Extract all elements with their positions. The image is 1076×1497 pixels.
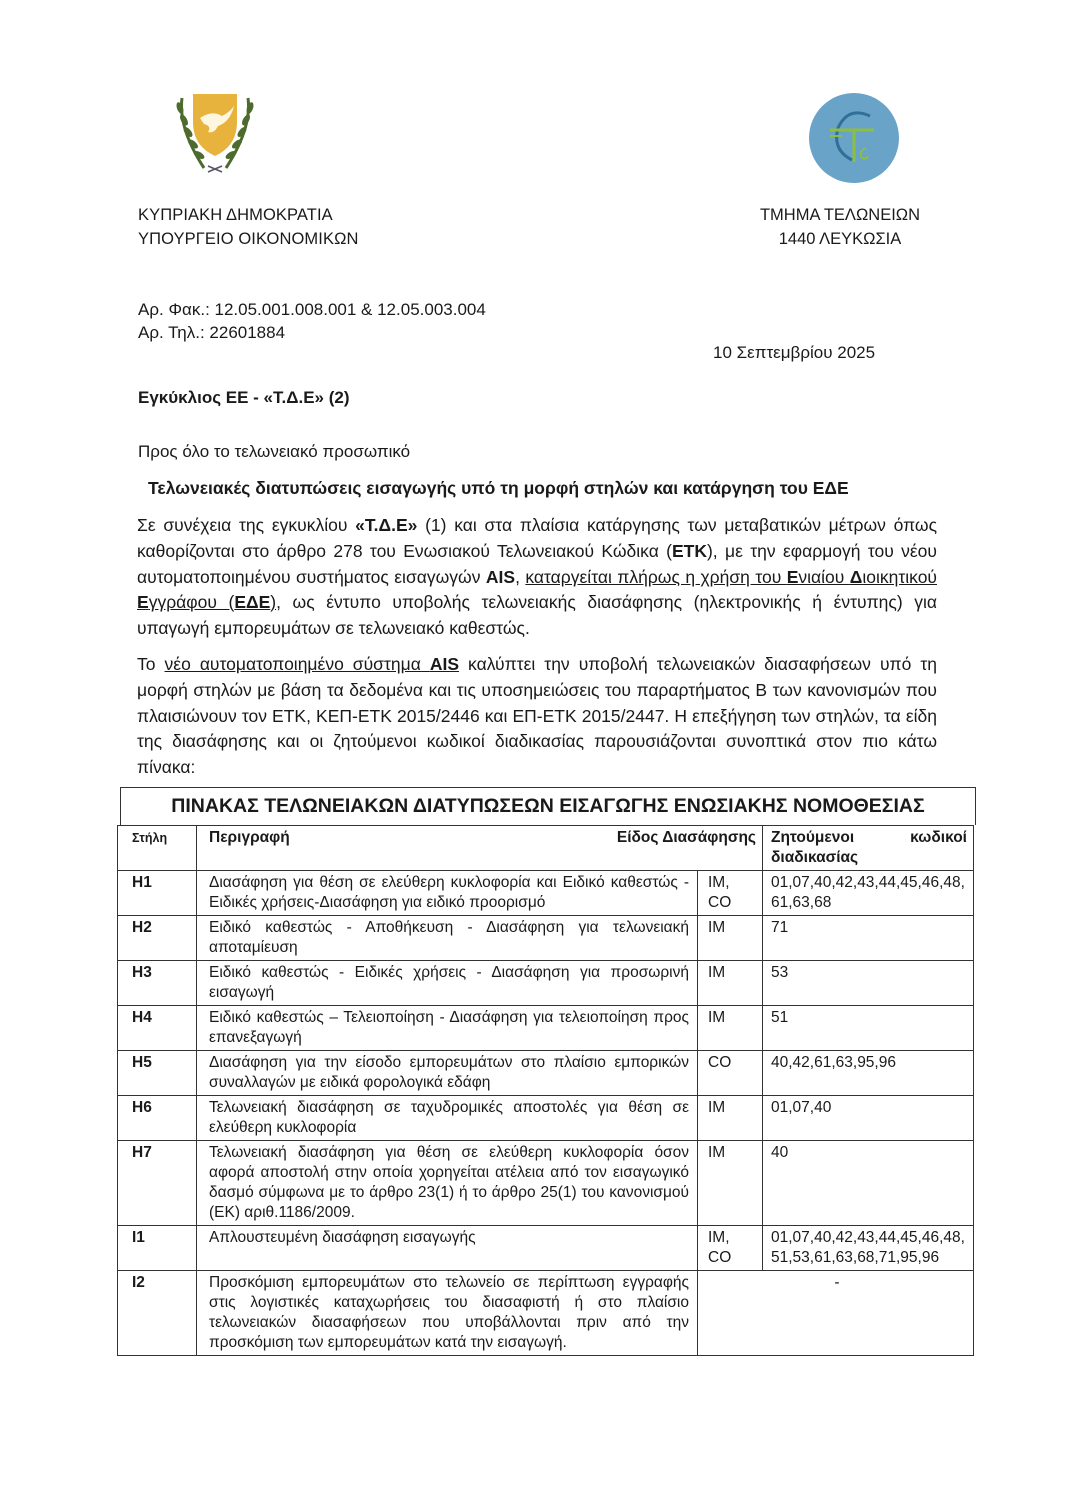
recipients-line: Προς όλο το τελωνειακό προσωπικό xyxy=(138,442,410,462)
row-description: Τελωνειακή διασάφηση σε ταχυδρομικές απο… xyxy=(197,1096,698,1141)
row-procedure-codes: 01,07,40,42,43,44,45,46,48,51,53,61,63,6… xyxy=(763,1226,974,1271)
row-description: Διασάφηση για θέση σε ελεύθερη κυκλοφορί… xyxy=(197,871,698,916)
customs-department-logo-icon xyxy=(808,92,900,184)
issuer-block: ΚΥΠΡΙΑΚΗ ΔΗΜΟΚΡΑΤΙΑ ΥΠΟΥΡΓΕΙΟ ΟΙΚΟΝΟΜΙΚΩ… xyxy=(138,203,359,251)
department-name: ΤΜΗΜΑ ΤΕΛΩΝΕΙΩΝ xyxy=(740,203,940,227)
table-row: H6 Τελωνειακή διασάφηση σε ταχυδρομικές … xyxy=(118,1096,974,1141)
circular-title: Εγκύκλιος ΕΕ - «Τ.Δ.Ε» (2) xyxy=(138,388,350,408)
row-declaration-type: IM, CO xyxy=(698,1226,763,1271)
row-column-id: H3 xyxy=(118,961,197,1006)
row-procedure-codes: 53 xyxy=(763,961,974,1006)
header-description: Περιγραφή xyxy=(209,828,290,848)
row-description: Ειδικό καθεστώς - Ειδικές χρήσεις - Διασ… xyxy=(197,961,698,1006)
ministry-name: ΥΠΟΥΡΓΕΙΟ ΟΙΚΟΝΟΜΙΚΩΝ xyxy=(138,227,359,251)
row-declaration-type: IM xyxy=(698,1006,763,1051)
table-title: ΠΙΝΑΚΑΣ ΤΕΛΩΝΕΙΑΚΩΝ ΔΙΑΤΥΠΩΣΕΩΝ ΕΙΣΑΓΩΓΗ… xyxy=(120,787,976,825)
department-block: ΤΜΗΜΑ ΤΕΛΩΝΕΙΩΝ 1440 ΛΕΥΚΩΣΙΑ xyxy=(740,203,940,251)
row-declaration-type: IM xyxy=(698,961,763,1006)
table-row: H7 Τελωνειακή διασάφηση για θέση σε ελεύ… xyxy=(118,1141,974,1226)
table-row: H1 Διασάφηση για θέση σε ελεύθερη κυκλοφ… xyxy=(118,871,974,916)
row-declaration-type: IM xyxy=(698,1141,763,1226)
header-column: Στήλη xyxy=(118,826,197,871)
row-procedure-codes: 40 xyxy=(763,1141,974,1226)
row-column-id: H7 xyxy=(118,1141,197,1226)
row-declaration-type: IM, CO xyxy=(698,871,763,916)
row-column-id: H6 xyxy=(118,1096,197,1141)
row-column-id: H1 xyxy=(118,871,197,916)
department-address: 1440 ΛΕΥΚΩΣΙΑ xyxy=(740,227,940,251)
row-declaration-type: IM xyxy=(698,1096,763,1141)
paragraph-1: Σε συνέχεια της εγκυκλίου «Τ.Δ.Ε» (1) κα… xyxy=(137,513,937,642)
row-description: Προσκόμιση εμπορευμάτων στο τελωνείο σε … xyxy=(197,1271,698,1356)
row-procedure-codes: 40,42,61,63,95,96 xyxy=(763,1051,974,1096)
table-row: H2 Ειδικό καθεστώς - Αποθήκευση - Διασάφ… xyxy=(118,916,974,961)
row-column-id: H4 xyxy=(118,1006,197,1051)
row-procedure-codes: 51 xyxy=(763,1006,974,1051)
row-description: Ειδικό καθεστώς - Αποθήκευση - Διασάφηση… xyxy=(197,916,698,961)
row-description: Διασάφηση για την είσοδο εμπορευμάτων στ… xyxy=(197,1051,698,1096)
row-procedure-codes: 01,07,40 xyxy=(763,1096,974,1141)
row-column-id: I1 xyxy=(118,1226,197,1271)
table-row: H3 Ειδικό καθεστώς - Ειδικές χρήσεις - Δ… xyxy=(118,961,974,1006)
row-procedure-codes: 01,07,40,42,43,44,45,46,48,61,63,68 xyxy=(763,871,974,916)
header-procedure-codes: Ζητούμενοικωδικοί διαδικασίας xyxy=(763,826,974,871)
subject-heading: Τελωνειακές διατυπώσεις εισαγωγής υπό τη… xyxy=(148,478,849,499)
row-column-id: H2 xyxy=(118,916,197,961)
row-declaration-type: CO xyxy=(698,1051,763,1096)
row-merged-type-codes: - xyxy=(698,1271,974,1356)
row-description: Απλουστευμένη διασάφηση εισαγωγής xyxy=(197,1226,698,1271)
table-row: H4 Ειδικό καθεστώς – Τελειοποίηση - Διασ… xyxy=(118,1006,974,1051)
cyprus-coat-of-arms-icon xyxy=(160,88,270,180)
document-date: 10 Σεπτεμβρίου 2025 xyxy=(713,343,875,363)
header-declaration-type: Είδος Διασάφησης xyxy=(617,828,756,848)
phone-reference: Αρ. Τηλ.: 22601884 xyxy=(138,321,486,344)
table-row: I1 Απλουστευμένη διασάφηση εισαγωγής IM,… xyxy=(118,1226,974,1271)
country-name: ΚΥΠΡΙΑΚΗ ΔΗΜΟΚΡΑΤΙΑ xyxy=(138,203,359,227)
reference-block: Αρ. Φακ.: 12.05.001.008.001 & 12.05.003.… xyxy=(138,298,486,344)
table-row: I2 Προσκόμιση εμπορευμάτων στο τελωνείο … xyxy=(118,1271,974,1356)
header-description-type: Περιγραφή Είδος Διασάφησης xyxy=(197,826,763,871)
table-header-row: Στήλη Περιγραφή Είδος Διασάφησης Ζητούμε… xyxy=(118,826,974,871)
row-column-id: I2 xyxy=(118,1271,197,1356)
file-reference: Αρ. Φακ.: 12.05.001.008.001 & 12.05.003.… xyxy=(138,298,486,321)
ais-system-highlight: νέο αυτοματοποιημένο σύστημα AIS xyxy=(165,654,460,674)
table-row: H5 Διασάφηση για την είσοδο εμπορευμάτων… xyxy=(118,1051,974,1096)
row-description: Ειδικό καθεστώς – Τελειοποίηση - Διασάφη… xyxy=(197,1006,698,1051)
paragraph-2: Το νέο αυτοματοποιημένο σύστημα AIS καλύ… xyxy=(137,652,937,781)
row-description: Τελωνειακή διασάφηση για θέση σε ελεύθερ… xyxy=(197,1141,698,1226)
import-formalities-table: Στήλη Περιγραφή Είδος Διασάφησης Ζητούμε… xyxy=(117,825,974,1356)
row-procedure-codes: 71 xyxy=(763,916,974,961)
row-declaration-type: IM xyxy=(698,916,763,961)
row-column-id: H5 xyxy=(118,1051,197,1096)
